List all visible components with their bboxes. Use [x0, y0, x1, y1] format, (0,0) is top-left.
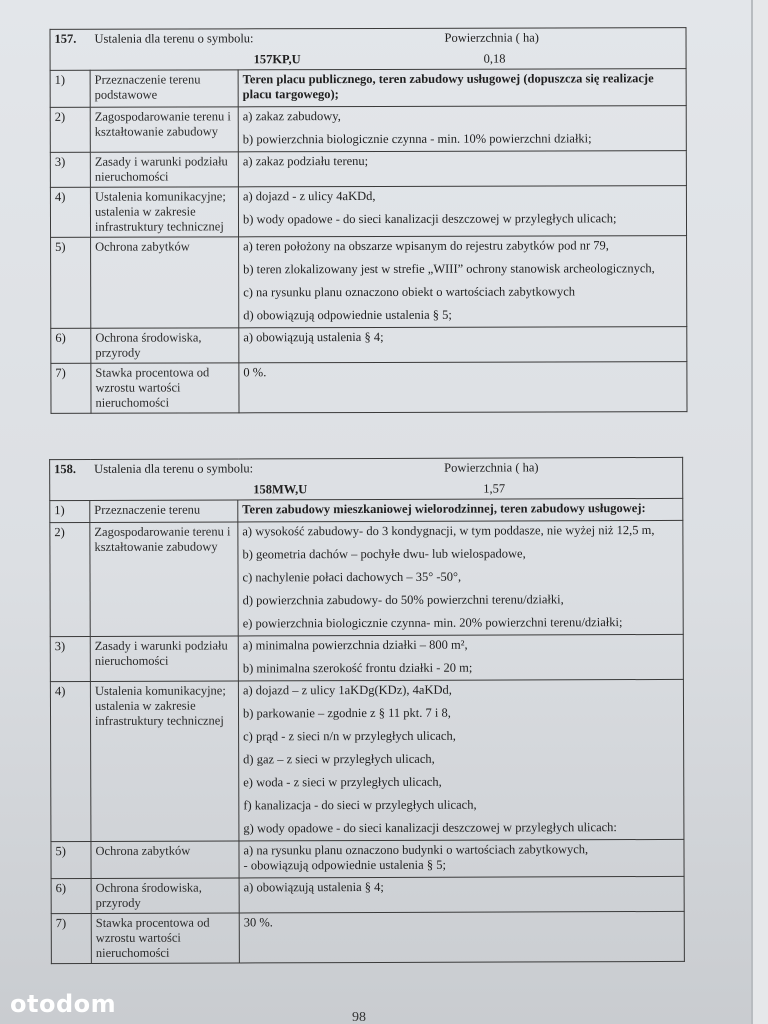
row-item: 30 %. [244, 914, 680, 931]
row-item: a) na rysunku planu oznaczono budynki o … [243, 842, 679, 874]
row-number: 2) [50, 107, 90, 152]
section-number: 157. [55, 32, 95, 47]
row-item: a) zakaz zabudowy, [243, 108, 682, 124]
row-number: 4) [50, 681, 91, 841]
row-category: Ustalenia komunikacyjne; ustalenia w zak… [90, 681, 239, 842]
row-item: c) nachylenie połaci dachowych – 35° -50… [243, 569, 679, 586]
row-content: a) na rysunku planu oznaczono budynki o … [239, 839, 684, 878]
table-row: 5)Ochrona zabytkówa) na rysunku planu oz… [51, 839, 684, 878]
row-category: Ustalenia komunikacyjne; ustalenia w zak… [90, 187, 238, 237]
row-category: Ochrona zabytków [91, 841, 239, 879]
page-right-edge [753, 0, 768, 1024]
area-label: Powierzchnia ( ha) [444, 460, 538, 475]
row-item: c) prąd - z sieci n/n w przyległych ulic… [243, 728, 679, 745]
row-item: a) teren położony na obszarze wpisanym d… [243, 238, 682, 254]
row-number: 6) [51, 878, 91, 913]
row-content: a) teren położony na obszarze wpisanym d… [239, 236, 687, 328]
row-number: 2) [50, 522, 90, 636]
row-content: a) zakaz zabudowy,b) powierzchnia biolog… [238, 106, 686, 152]
row-item: b) powierzchnia biologicznie czynna - mi… [243, 131, 682, 147]
row-content: a) dojazd – z ulicy 1aKDg(KDz), 4aKDd,b)… [238, 679, 684, 841]
row-content: a) wysokość zabudowy- do 3 kondygnacji, … [238, 520, 683, 636]
row-item: a) wysokość zabudowy- do 3 kondygnacji, … [242, 523, 678, 540]
row-content: a) dojazd - z ulicy 4aKDd,b) wody opadow… [238, 186, 686, 237]
row-item: b) wody opadowe - do sieci kanalizacji d… [243, 211, 682, 227]
table-row: 6)Ochrona środowiska, przyrodya) obowiąz… [51, 327, 687, 364]
section-157-table: 157.Ustalenia dla terenu o symbolu:Powie… [49, 27, 687, 414]
row-category: Przeznaczenie terenu [90, 500, 238, 523]
row-content: 0 %. [239, 362, 687, 413]
row-item: a) obowiązują ustalenia § 4; [243, 329, 682, 345]
row-content: 30 %. [239, 911, 684, 963]
row-item: a) dojazd - z ulicy 4aKDd, [243, 188, 682, 204]
row-number: 1) [50, 70, 90, 107]
row-item: a) dojazd – z ulicy 1aKDg(KDz), 4aKDd, [243, 682, 679, 699]
row-number: 7) [51, 363, 91, 413]
row-item: e) powierzchnia biologicznie czynna- min… [243, 615, 679, 632]
row-number: 4) [50, 187, 90, 237]
table-row: 2)Zagospodarowanie terenu i kształtowani… [50, 520, 683, 636]
table-row: 7)Stawka procentowa od wzrostu wartości … [51, 362, 687, 414]
row-category: Ochrona środowiska, przyrody [91, 328, 239, 363]
table-row: 1)Przeznaczenie terenu podstawoweTeren p… [50, 69, 686, 108]
table-row: 6)Ochrona środowiska, przyrodya) obowiąz… [51, 876, 684, 913]
row-number: 3) [50, 152, 90, 187]
row-number: 7) [51, 913, 91, 963]
table-row: 2)Zagospodarowanie terenu i kształtowani… [50, 106, 686, 153]
section-number: 158. [54, 462, 94, 477]
row-category: Stawka procentowa od wzrostu wartości ni… [91, 363, 239, 413]
section-label: Ustalenia dla terenu o symbolu: [95, 31, 445, 47]
terrain-symbol: 158MW,U [253, 482, 483, 498]
terrain-symbol: 157KP,U [254, 52, 484, 68]
page-number: 98 [352, 1010, 366, 1024]
row-category: Ochrona środowiska, przyrody [91, 878, 239, 914]
row-item: Teren zabudowy mieszkaniowej wielorodzin… [242, 501, 678, 518]
table-row: 4)Ustalenia komunikacyjne; ustalenia w z… [50, 186, 686, 238]
row-category: Zagospodarowanie terenu i kształtowanie … [90, 522, 238, 637]
row-number: 5) [51, 237, 91, 328]
row-item: g) wody opadowe - do sieci kanalizacji d… [243, 820, 679, 837]
section-header: 157.Ustalenia dla terenu o symbolu:Powie… [50, 28, 686, 71]
row-item: a) obowiązują ustalenia § 4; [244, 879, 680, 896]
row-item: d) gaz – z sieci w przyległych ulicach, [243, 751, 679, 768]
row-category: Zasady i warunki podziału nieruchomości [90, 636, 238, 682]
row-number: 6) [51, 328, 91, 363]
row-content: a) minimalna powierzchnia działki – 800 … [238, 634, 683, 681]
table-row: 5)Ochrona zabytkówa) teren położony na o… [51, 236, 687, 329]
row-category: Ochrona zabytków [91, 237, 239, 328]
section-158-table: 158.Ustalenia dla terenu o symbolu:Powie… [49, 457, 685, 964]
area-value: 1,57 [483, 482, 505, 497]
row-item: c) na rysunku planu oznaczono obiekt o w… [243, 284, 682, 300]
row-content: a) obowiązują ustalenia § 4; [239, 876, 684, 913]
area-label: Powierzchnia ( ha) [445, 31, 539, 46]
table-row: 3)Zasady i warunki podziału nieruchomośc… [50, 151, 686, 188]
row-content: a) obowiązują ustalenia § 4; [239, 327, 687, 363]
table-row: 7)Stawka procentowa od wzrostu wartości … [51, 911, 684, 963]
row-number: 3) [50, 636, 90, 681]
row-item: f) kanalizacja - do sieci w przyległych … [243, 797, 679, 814]
row-category: Przeznaczenie terenu podstawowe [90, 70, 238, 107]
table-row: 4)Ustalenia komunikacyjne; ustalenia w z… [50, 679, 684, 841]
row-content: a) zakaz podziału terenu; [238, 151, 686, 187]
row-item: b) minimalna szerokość frontu działki - … [243, 660, 679, 677]
row-item: d) powierzchnia zabudowy- do 50% powierz… [243, 592, 679, 609]
row-content: Teren zabudowy mieszkaniowej wielorodzin… [238, 498, 683, 522]
table-row: 3)Zasady i warunki podziału nieruchomośc… [50, 634, 683, 681]
section-label: Ustalenia dla terenu o symbolu: [94, 461, 444, 477]
row-item: b) parkowanie – zgodnie z § 11 pkt. 7 i … [243, 705, 679, 722]
row-item: d) obowiązują odpowiednie ustalenia § 5; [243, 307, 682, 323]
row-category: Zagospodarowanie terenu i kształtowanie … [90, 107, 238, 152]
row-item: e) woda - z sieci w przyległych ulicach, [243, 774, 679, 791]
otodom-watermark-logo: otodom [10, 990, 116, 1018]
row-item: Teren placu publicznego, teren zabudowy … [243, 71, 682, 102]
row-item: 0 %. [243, 364, 682, 380]
row-item: a) minimalna powierzchnia działki – 800 … [243, 637, 679, 654]
row-item: b) teren zlokalizowany jest w strefie „W… [243, 261, 682, 277]
row-category: Stawka procentowa od wzrostu wartości ni… [91, 913, 239, 964]
row-category: Zasady i warunki podziału nieruchomości [90, 152, 238, 187]
table-row: 1)Przeznaczenie terenuTeren zabudowy mie… [50, 498, 683, 522]
row-content: Teren placu publicznego, teren zabudowy … [238, 69, 686, 107]
row-item: a) zakaz podziału terenu; [243, 153, 682, 169]
row-number: 1) [50, 500, 90, 522]
section-header: 158.Ustalenia dla terenu o symbolu:Powie… [50, 457, 683, 500]
row-item: b) geometria dachów – pochyłe dwu- lub w… [242, 546, 678, 563]
page-fold-line [751, 0, 753, 1024]
area-value: 0,18 [484, 52, 506, 67]
row-number: 5) [51, 841, 91, 878]
